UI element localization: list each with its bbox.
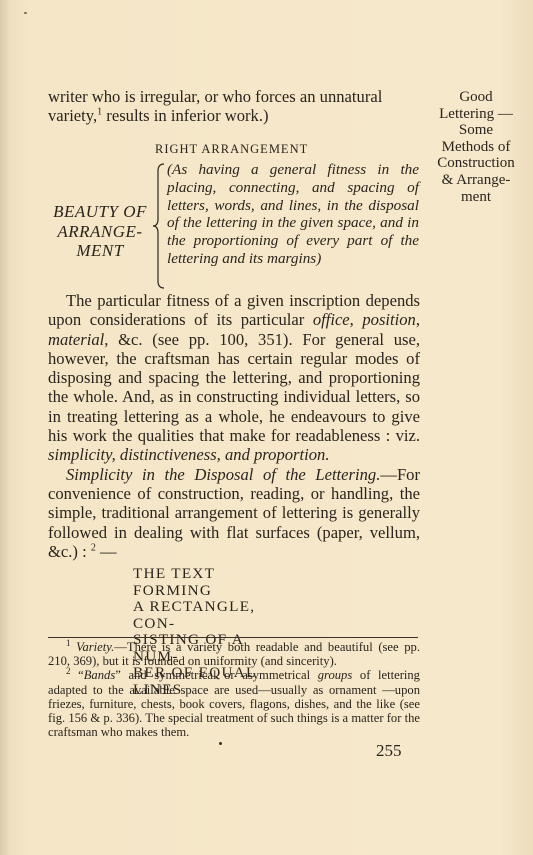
caps-line: THE TEXT FORMING [133, 566, 293, 599]
paper-speck [24, 12, 27, 14]
opening-text: writer who is irregular, or who forces a… [48, 87, 420, 125]
brace-definition-text: (As having a general fitness in the plac… [167, 161, 419, 268]
footnote-title: Variety. [76, 640, 114, 654]
footnote-number: 2 [66, 666, 71, 676]
curly-brace-icon [152, 163, 166, 289]
italic-subheading: Simplicity in the Disposal of the Letter… [66, 465, 380, 484]
italic-term: simplicity, distinctiveness, and proport… [48, 445, 329, 464]
italic-term: position [362, 310, 415, 329]
italic-term: material [48, 330, 104, 349]
text-run: , [350, 310, 363, 329]
italic-term: office [313, 310, 350, 329]
sidenote-line: & Arrange- [420, 172, 532, 189]
italic-term: groups [318, 668, 353, 682]
book-page: writer who is irregular, or who forces a… [0, 0, 533, 855]
sidenote-line: Lettering — [420, 106, 532, 123]
sidenote-line: ment [420, 189, 532, 206]
text-run: , [416, 310, 420, 329]
footnote-number: 1 [66, 638, 71, 648]
ink-dot [219, 742, 222, 745]
sidenote-line: Good [420, 89, 532, 106]
footnote-title: Bands [84, 668, 115, 682]
text-run: , &c. (see pp. 100, 351). For general us… [48, 330, 420, 445]
footnote-2: 2 “Bands” and symmetrical or asymmetrica… [48, 668, 420, 739]
section-heading: RIGHT ARRANGEMENT [155, 142, 308, 157]
caps-line: A RECTANGLE, CON- [133, 599, 293, 632]
sidenote-line: Some [420, 122, 532, 139]
sidenote-line: Construction [420, 155, 532, 172]
label-line: MENT [44, 241, 156, 261]
footnote-1: 1 Variety.—There is a variety both reada… [48, 640, 420, 668]
sidenote-line: Methods of [420, 139, 532, 156]
paragraph-simplicity: Simplicity in the Disposal of the Letter… [48, 465, 420, 561]
page-number: 255 [376, 741, 402, 761]
beauty-of-arrangement-label: BEAUTY OF ARRANGE- MENT [44, 202, 156, 261]
text-run: — [96, 542, 117, 561]
label-line: BEAUTY OF [44, 202, 156, 222]
margin-sidenote: Good Lettering — Some Methods of Constru… [420, 89, 532, 205]
footnote-divider [48, 637, 418, 638]
label-line: ARRANGE- [44, 222, 156, 242]
footnotes: 1 Variety.—There is a variety both reada… [48, 640, 420, 739]
footnote-text: and symmetrical or asymmetrical [121, 668, 318, 682]
opening-text-part: results in inferior work.) [102, 106, 268, 125]
body-text: The particular fitness of a given inscri… [48, 291, 420, 561]
paragraph-fitness: The particular fitness of a given inscri… [48, 291, 420, 465]
